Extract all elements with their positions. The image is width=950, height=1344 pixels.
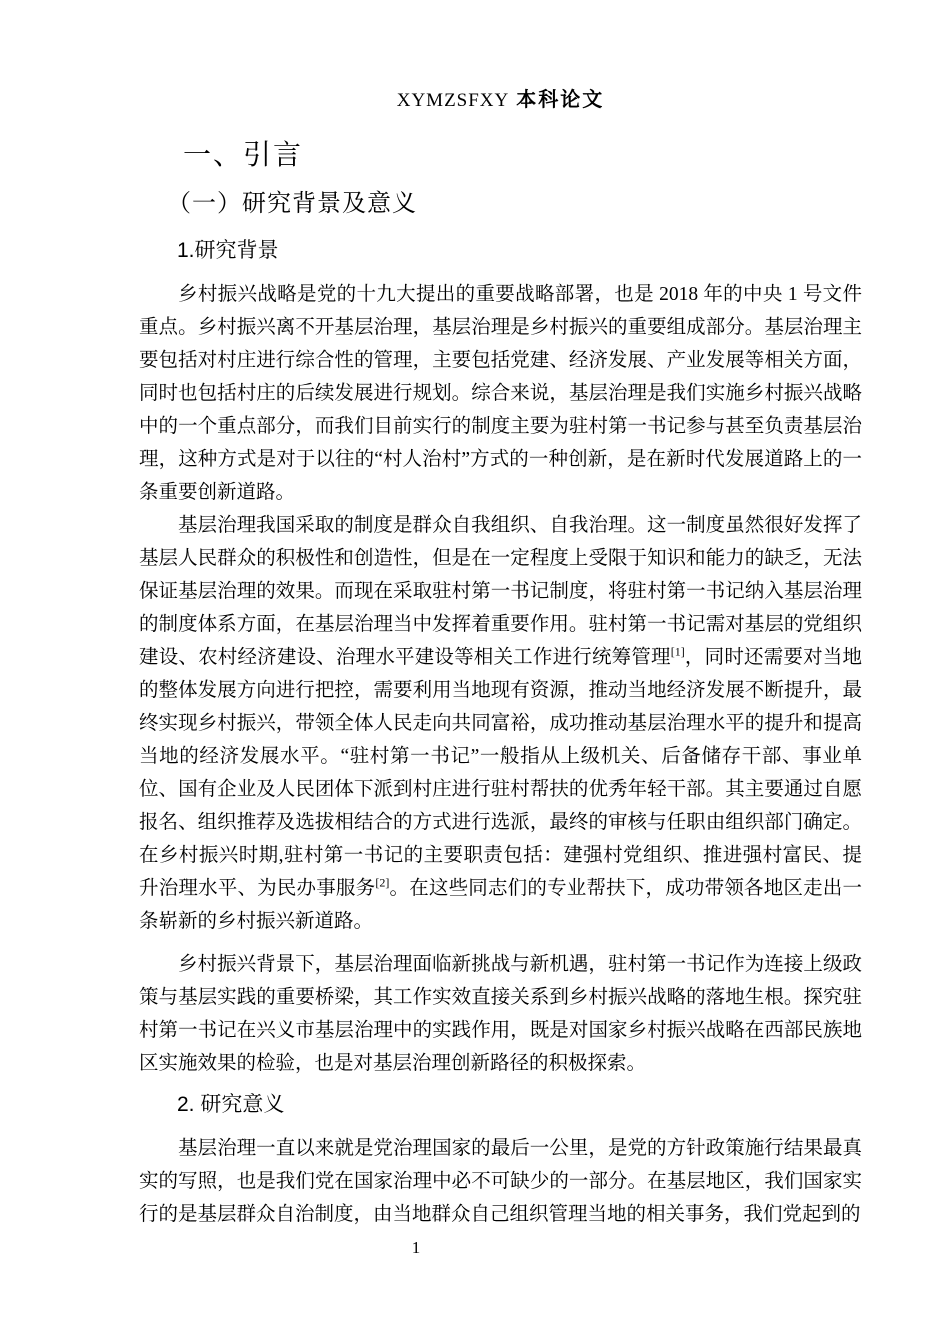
paragraph: 乡村振兴背景下，基层治理面临新挑战与新机遇，驻村第一书记作为连接上级政策与基层实… <box>139 948 862 1080</box>
paragraph: 乡村振兴战略是党的十九大提出的重要战略部署，也是 2018 年的中央 1 号文件… <box>139 278 862 509</box>
paragraph: 基层治理一直以来就是党治理国家的最后一公里，是党的方针政策施行结果最真实的写照，… <box>139 1132 862 1231</box>
header-thesis-label: 本科论文 <box>516 89 604 111</box>
heading-section-background-significance: （一）研究背景及意义 <box>167 188 862 220</box>
heading-sub-research-significance: 2. 研究意义 <box>177 1090 862 1120</box>
research-background-paragraphs: 乡村振兴战略是党的十九大提出的重要战略部署，也是 2018 年的中央 1 号文件… <box>139 278 862 1080</box>
page-number: 1 <box>406 1238 426 1258</box>
document-body: 一、引言 （一）研究背景及意义 1.研究背景 乡村振兴战略是党的十九大提出的重要… <box>139 124 862 1231</box>
paragraph: 基层治理我国采取的制度是群众自我组织、自我治理。这一制度虽然很好发挥了基层人民群… <box>139 509 862 938</box>
footnote-reference: [1] <box>671 645 685 659</box>
page-header: XYMZSFXY本科论文 <box>139 89 862 112</box>
header-school-code: XYMZSFXY <box>397 90 510 111</box>
research-significance-paragraphs: 基层治理一直以来就是党治理国家的最后一公里，是党的方针政策施行结果最真实的写照，… <box>139 1132 862 1231</box>
document-page: XYMZSFXY本科论文 一、引言 （一）研究背景及意义 1.研究背景 乡村振兴… <box>0 0 950 1344</box>
heading-chapter-introduction: 一、引言 <box>183 138 862 172</box>
footnote-reference: [2] <box>375 876 389 890</box>
heading-sub-research-background: 1.研究背景 <box>177 236 862 266</box>
